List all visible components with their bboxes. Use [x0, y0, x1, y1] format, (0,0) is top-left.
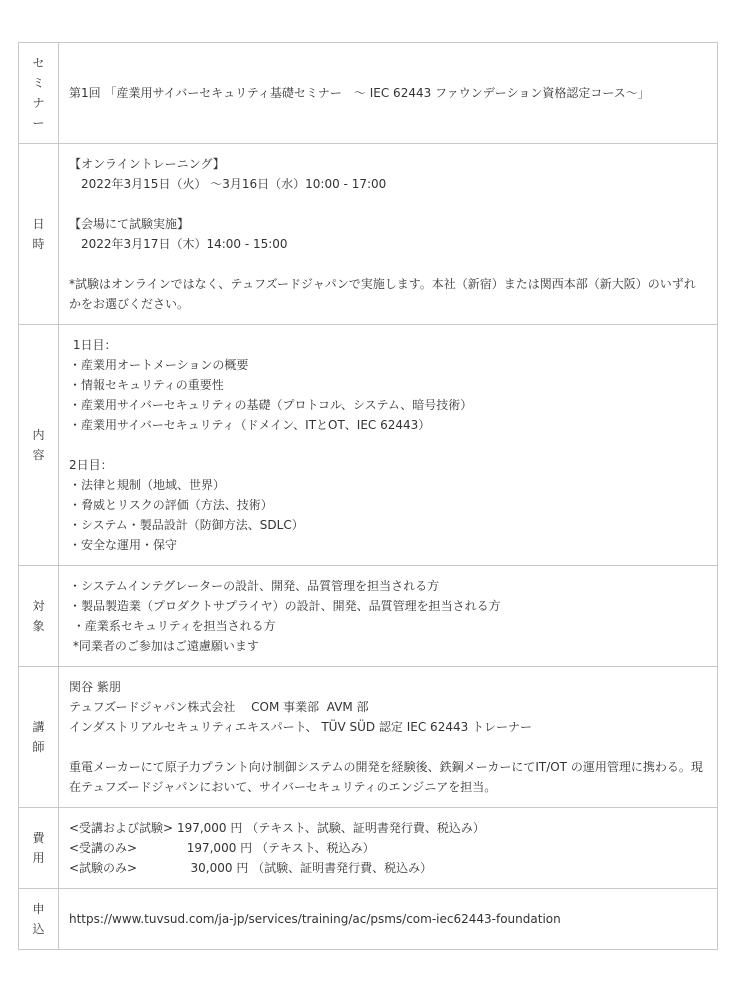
instructor-affiliation: テュフズードジャパン株式会社 COM 事業部 AVM 部 [69, 697, 707, 717]
row-fee: 費 用 <受講および試験> 197,000 円 （テキスト、試験、証明書発行費、… [19, 808, 718, 889]
blank-line [69, 194, 707, 214]
blank-line [69, 435, 707, 455]
label-char: 時 [19, 234, 58, 254]
list-item: ・脅威とリスクの評価（方法、技術） [69, 495, 707, 515]
row-apply: 申 込 https://www.tuvsud.com/ja-jp/service… [19, 889, 718, 950]
target-note: *同業者のご参加はご遠慮願います [69, 636, 707, 656]
day2-heading: 2日目： [69, 455, 707, 475]
fee-type: <試験のみ> [69, 858, 137, 878]
day1-heading: 1日目： [69, 335, 707, 355]
fee-amount: 30,000 円 （試験、証明書発行費、税込み） [137, 858, 432, 878]
online-training-date: 2022年3月15日（火） ～3月16日（水）10:00 - 17:00 [69, 174, 707, 194]
label-datetime: 日 時 [19, 144, 59, 325]
row-datetime: 日 時 【オンライントレーニング】 2022年3月15日（火） ～3月16日（水… [19, 144, 718, 325]
label-fee: 費 用 [19, 808, 59, 889]
online-training-heading: 【オンライントレーニング】 [69, 154, 707, 174]
fee-amount: 197,000 円 （テキスト、税込み） [137, 838, 375, 858]
list-item: ・システム・製品設計（防御方法、SDLC） [69, 515, 707, 535]
instructor-bio: 重電メーカーにて原子力プラント向け制御システムの開発を経験後、鉄鋼メーカーにてI… [69, 757, 707, 797]
list-item: ・情報セキュリティの重要性 [69, 375, 707, 395]
row-target: 対 象 ・システムインテグレーターの設計、開発、品質管理を担当される方 ・製品製… [19, 566, 718, 667]
seminar-content: 第1回 「産業用サイバーセキュリティ基礎セミナー ～ IEC 62443 ファウ… [59, 43, 718, 144]
row-instructor: 講 師 関谷 紫朋 テュフズードジャパン株式会社 COM 事業部 AVM 部 イ… [19, 667, 718, 808]
list-item: ・法律と規制（地域、世界） [69, 475, 707, 495]
instructor-content: 関谷 紫朋 テュフズードジャパン株式会社 COM 事業部 AVM 部 インダスト… [59, 667, 718, 808]
fee-content: <受講および試験> 197,000 円 （テキスト、試験、証明書発行費、税込み）… [59, 808, 718, 889]
seminar-info-table: セ ミ ナ ー 第1回 「産業用サイバーセキュリティ基礎セミナー ～ IEC 6… [18, 42, 718, 950]
list-item: ・産業用オートメーションの概要 [69, 355, 707, 375]
list-item: ・安全な運用・保守 [69, 535, 707, 555]
fee-type: <受講および試験> [69, 818, 173, 838]
label-char: 象 [19, 616, 58, 636]
contents-content: 1日目： ・産業用オートメーションの概要 ・情報セキュリティの重要性 ・産業用サ… [59, 325, 718, 566]
target-content: ・システムインテグレーターの設計、開発、品質管理を担当される方 ・製品製造業（プ… [59, 566, 718, 667]
list-item: ・産業用サイバーセキュリティの基礎（プロトコル、システム、暗号技術） [69, 395, 707, 415]
label-char: 申 [19, 899, 58, 919]
datetime-content: 【オンライントレーニング】 2022年3月15日（火） ～3月16日（水）10:… [59, 144, 718, 325]
label-char: セ [19, 53, 58, 73]
exam-heading: 【会場にて試験実施】 [69, 214, 707, 234]
exam-note: *試験はオンラインではなく、テュフズードジャパンで実施します。本社（新宿）または… [69, 274, 707, 314]
label-char: 講 [19, 717, 58, 737]
exam-date: 2022年3月17日（木）14:00 - 15:00 [69, 234, 707, 254]
list-item: ・製品製造業（プロダクトサプライヤ）の設計、開発、品質管理を担当される方 [69, 596, 707, 616]
label-char: 込 [19, 919, 58, 939]
list-item: ・産業系セキュリティを担当される方 [69, 616, 707, 636]
label-char: 内 [19, 425, 58, 445]
apply-url-link[interactable]: https://www.tuvsud.com/ja-jp/services/tr… [69, 909, 707, 929]
fee-type: <受講のみ> [69, 838, 137, 858]
blank-line [69, 254, 707, 274]
label-char: 用 [19, 848, 58, 868]
label-seminar: セ ミ ナ ー [19, 43, 59, 144]
label-char: 日 [19, 214, 58, 234]
row-contents: 内 容 1日目： ・産業用オートメーションの概要 ・情報セキュリティの重要性 ・… [19, 325, 718, 566]
label-instructor: 講 師 [19, 667, 59, 808]
row-seminar: セ ミ ナ ー 第1回 「産業用サイバーセキュリティ基礎セミナー ～ IEC 6… [19, 43, 718, 144]
seminar-title: 第1回 「産業用サイバーセキュリティ基礎セミナー ～ IEC 62443 ファウ… [69, 83, 707, 103]
fee-item: <受講および試験> 197,000 円 （テキスト、試験、証明書発行費、税込み） [69, 818, 707, 838]
fee-amount: 197,000 円 （テキスト、試験、証明書発行費、税込み） [173, 818, 485, 838]
blank-line [69, 737, 707, 757]
label-char: ミ [19, 73, 58, 93]
label-char: ナ [19, 93, 58, 113]
fee-item: <試験のみ> 30,000 円 （試験、証明書発行費、税込み） [69, 858, 707, 878]
instructor-title: インダストリアルセキュリティエキスパート、 TÜV SÜD 認定 IEC 624… [69, 717, 707, 737]
apply-content: https://www.tuvsud.com/ja-jp/services/tr… [59, 889, 718, 950]
list-item: ・システムインテグレーターの設計、開発、品質管理を担当される方 [69, 576, 707, 596]
label-target: 対 象 [19, 566, 59, 667]
list-item: ・産業用サイバーセキュリティ（ドメイン、ITとOT、IEC 62443） [69, 415, 707, 435]
instructor-name: 関谷 紫朋 [69, 677, 707, 697]
label-char: 容 [19, 445, 58, 465]
label-char: ー [19, 113, 58, 133]
label-apply: 申 込 [19, 889, 59, 950]
label-char: 対 [19, 596, 58, 616]
fee-item: <受講のみ> 197,000 円 （テキスト、税込み） [69, 838, 707, 858]
label-char: 費 [19, 828, 58, 848]
label-contents: 内 容 [19, 325, 59, 566]
label-char: 師 [19, 737, 58, 757]
